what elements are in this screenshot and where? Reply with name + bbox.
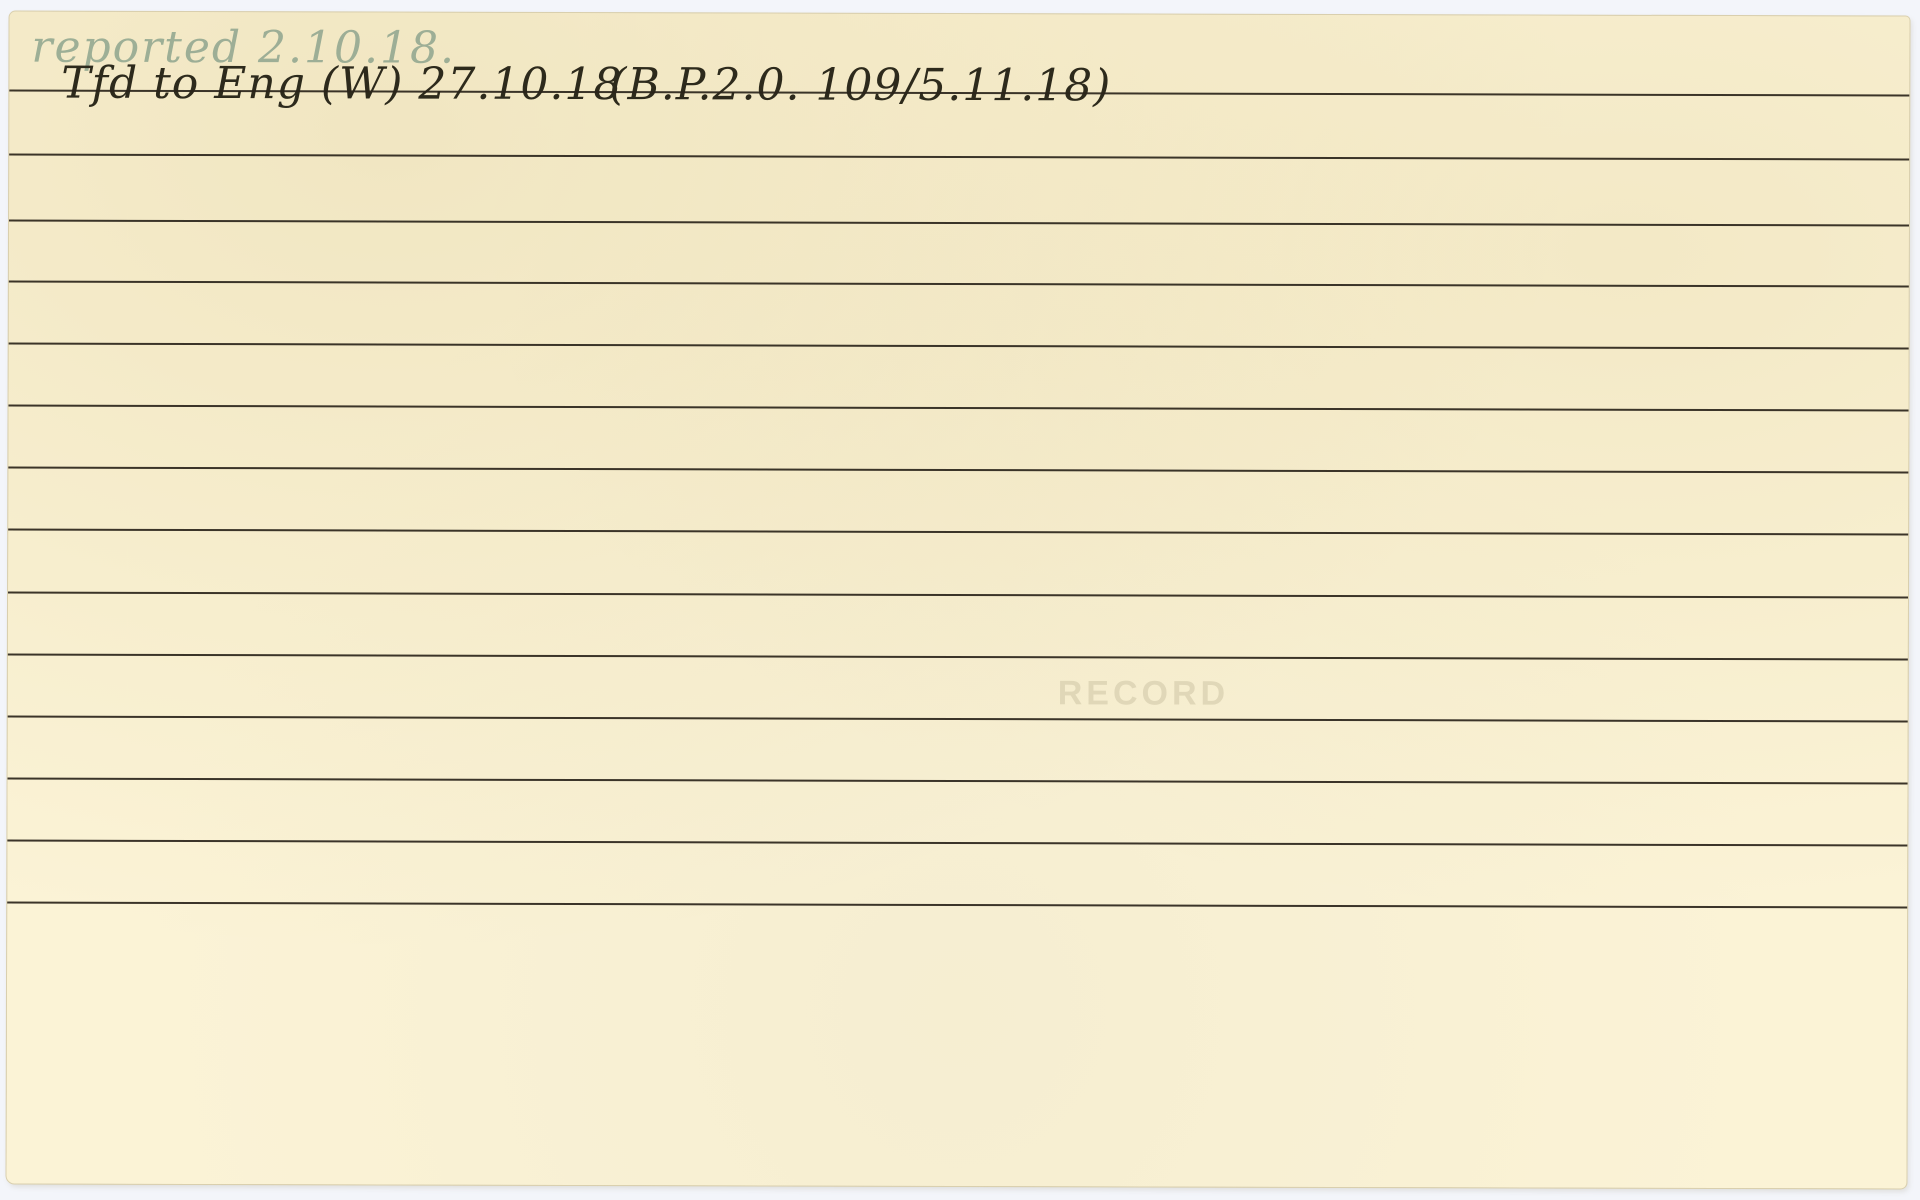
ruled-line <box>9 343 1909 350</box>
show-through-heading: RECORD <box>1058 674 1229 713</box>
ruled-line <box>7 902 1907 909</box>
ruled-line <box>9 405 1909 412</box>
ruled-line <box>9 154 1909 161</box>
ruled-line <box>9 281 1909 288</box>
ruled-line <box>8 716 1908 723</box>
record-card: reported 2.10.18. Tfd to Eng (W) 27.10.1… <box>6 12 1909 1189</box>
ruled-line <box>9 220 1909 227</box>
ruled-line <box>8 654 1908 661</box>
ruled-line <box>8 778 1908 785</box>
ruled-line <box>8 529 1908 536</box>
ink-entry-transfer: Tfd to Eng (W) 27.10.18 <box>61 58 622 110</box>
ink-entry-reference: (B.P.2.0. 109/5.11.18) <box>609 59 1111 111</box>
ruled-line <box>7 840 1907 847</box>
ruled-line <box>8 592 1908 599</box>
ruled-line <box>8 467 1908 474</box>
scan-background: reported 2.10.18. Tfd to Eng (W) 27.10.1… <box>0 0 1920 1200</box>
